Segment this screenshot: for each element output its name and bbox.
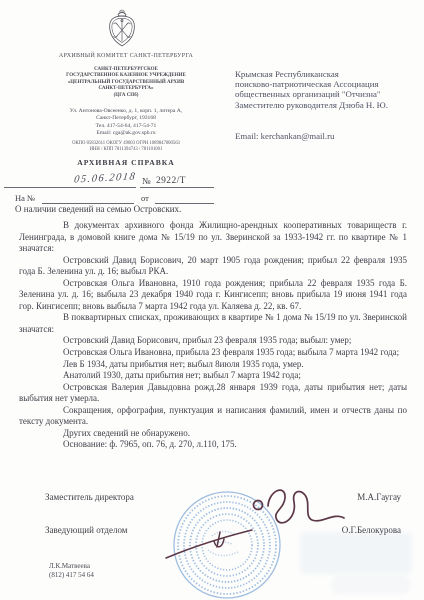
institution-address-block: Ул. Антонова-Овсеенко, д. 1, корп. 1, ли… <box>16 108 236 138</box>
address-line: Тел. 417-54-64, 417-54-71 <box>16 123 236 130</box>
recipient-email: Email: kerchankan@mail.ru <box>235 131 334 141</box>
body-paragraph: Островская Ольга Ивановна, 1910 года рож… <box>19 278 407 313</box>
body-paragraph: Островский Давид Борисович, прибыл 23 фе… <box>19 335 407 347</box>
document-subject: О наличии сведений на семью Островских. <box>15 204 181 214</box>
document-number: 2922/Т <box>156 176 186 186</box>
document-type-title: АРХИВНАЯ СПРАВКА <box>16 158 236 167</box>
body-paragraph: Анатолий 1930, даты прибытия нет; выбыл … <box>19 370 407 382</box>
recipient-line: Крымская Республиканская <box>235 69 400 79</box>
institution-line: (ЦГА СПб) <box>16 93 236 99</box>
registration-codes-block: ОКПО 85832611 ОКОГУ 49003 ОГРН 108984700… <box>16 141 236 153</box>
body-paragraph: Основание: ф. 7965, оп. 76, д. 270, л.11… <box>19 439 407 451</box>
body-paragraph: Островская Валерия Давыдовна рожд.28 янв… <box>19 382 407 405</box>
body-paragraph: Других сведений не обнаружено. <box>19 428 407 440</box>
address-line: Email: cga@ak.gov.spb.ru <box>16 130 236 137</box>
deputy-director-name: М.А.Гаугау <box>357 492 401 502</box>
reference-from-label: от <box>141 193 149 203</box>
recipient-line: Заместителю руководителя Дзюба Н. Ю. <box>235 100 400 110</box>
archive-committee-title: АРХИВНЫЙ КОМИТЕТ САНКТ-ПЕТЕРБУРГА <box>16 53 236 59</box>
body-paragraph: В поквартирных списках, проживающих в кв… <box>19 312 407 335</box>
deputy-director-title: Заместитель директора <box>45 492 134 502</box>
handwritten-date: 05.06.2018 <box>73 171 137 185</box>
number-underline <box>140 187 214 188</box>
reference-number-label: На № <box>15 193 35 203</box>
archival-certificate-document: АРХИВНЫЙ КОМИТЕТ САНКТ-ПЕТЕРБУРГА САНКТ-… <box>0 0 424 600</box>
executor-block: Л.К.Матвеева (812) 417 54 64 <box>49 562 94 580</box>
official-stamp-and-signatures <box>148 478 382 600</box>
body-paragraph: В документах архивного фонда Жилищно-аре… <box>19 220 407 255</box>
body-paragraph: Сокращения, орфография, пунктуация и нап… <box>19 405 407 428</box>
certificate-body: В документах архивного фонда Жилищно-аре… <box>19 220 407 451</box>
head-of-department-title: Заведующий отделом <box>45 525 127 535</box>
date-underline <box>4 187 136 188</box>
number-sign-label: № <box>142 176 151 186</box>
head-of-department-name: О.Г.Белокурова <box>342 525 401 535</box>
body-paragraph: Островская Ольга Ивановна, прибыла 23 фе… <box>19 347 407 359</box>
executor-phone: (812) 417 54 64 <box>49 571 94 580</box>
codes-line: ИНН / КПП 7811394743 / 781101001 <box>16 147 236 153</box>
body-paragraph: Островский Давид Борисович, 20 март 1905… <box>19 255 407 278</box>
recipient-line: поисково-патриотическая Ассоциация <box>235 79 400 89</box>
recipient-block: Крымская Республиканская поисково-патрио… <box>235 69 400 110</box>
recipient-line: общественных организаций "Отчизна" <box>235 89 400 99</box>
spb-coat-of-arms-icon <box>104 9 140 49</box>
body-paragraph: Лев Б 1934, даты прибытия нет; выбыл 8ию… <box>19 359 407 371</box>
address-line: Санкт-Петербург, 193168 <box>16 115 236 122</box>
executor-name: Л.К.Матвеева <box>49 562 94 571</box>
round-stamp-icon <box>174 492 280 598</box>
through-stamp-signature-ink <box>166 530 252 558</box>
institution-name-block: САНКТ-ПЕТЕРБУРГСКОЕ ГОСУДАРСТВЕННОЕ КАЗЕ… <box>16 67 236 99</box>
